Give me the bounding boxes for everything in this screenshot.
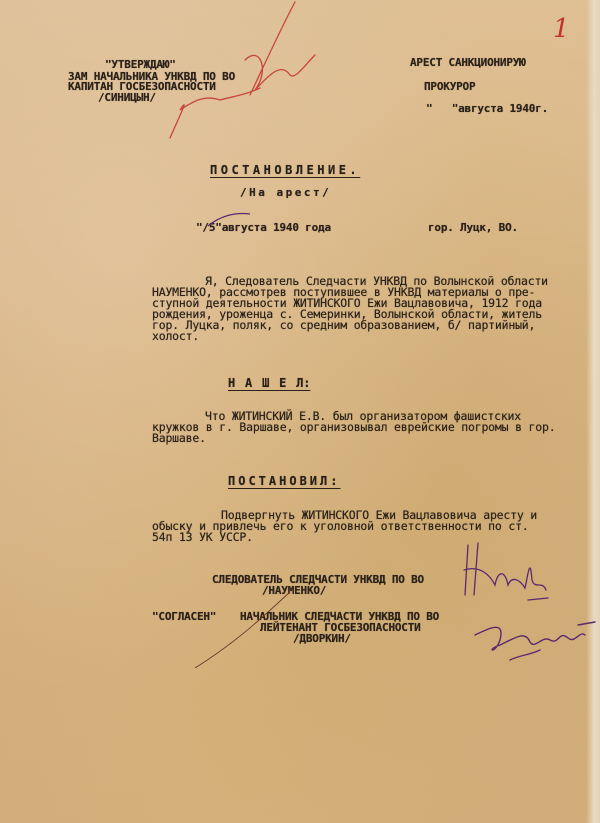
paragraph-line: Варшаве. — [152, 433, 206, 445]
paper-edge — [586, 0, 600, 823]
sanction-label: АРЕСТ САНКЦИОНИРУЮ — [410, 57, 526, 69]
document-title: ПОСТАНОВЛЕНИЕ. — [210, 164, 360, 176]
chief-signature — [470, 600, 600, 670]
red-date-correction — [200, 208, 260, 238]
sanction-date: " "августа 1940г. — [426, 103, 548, 115]
pencil-stroke — [180, 590, 300, 670]
found-heading: Н А Ш Е Л: — [228, 377, 310, 389]
chief-name: /ДВОРКИН/ — [293, 633, 351, 645]
document-subtitle: /На арест/ — [240, 187, 331, 199]
resolved-heading: ПОСТАНОВИЛ: — [228, 475, 340, 487]
approval-name: /СИНИЦЫН/ — [98, 92, 156, 104]
red-pencil-signature — [150, 0, 330, 140]
paragraph-line: 54п 13 УК УССР. — [152, 532, 253, 544]
paragraph-line: холост. — [152, 331, 199, 343]
page-number: 1 — [553, 16, 569, 42]
paragraph-line: кружков в г. Варшаве, организовывал евре… — [152, 422, 555, 434]
paragraph-line: гор. Луцка, поляк, со средним образовани… — [152, 320, 535, 332]
prosecutor-label: ПРОКУРОР — [424, 81, 475, 93]
order-place: гор. Луцк, ВО. — [428, 222, 518, 234]
